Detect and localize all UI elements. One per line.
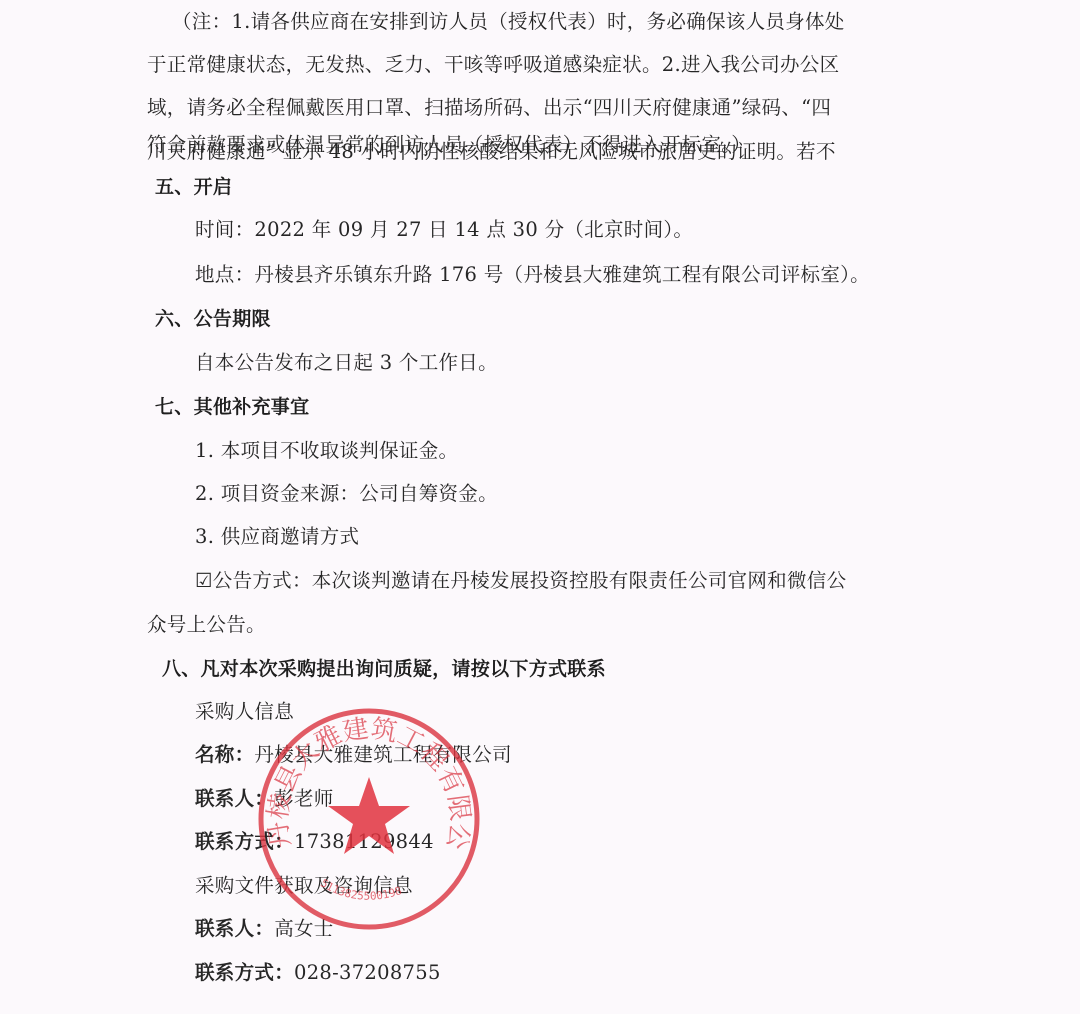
- purchaser-info-title: 采购人信息: [195, 699, 294, 725]
- note-line-1: （注：1.请各供应商在安排到访人员（授权代表）时，务必确保该人员身体处: [172, 9, 845, 35]
- purchaser-phone-row: 联系方式：17381129844: [195, 829, 434, 855]
- purchaser-contact-row: 联系人：彭老师: [195, 786, 334, 812]
- purchaser-contact-value: 彭老师: [274, 787, 333, 810]
- doc-phone-label: 联系方式：: [195, 961, 294, 984]
- purchaser-phone-label: 联系方式：: [195, 830, 294, 853]
- supplement-item-1: 1. 本项目不收取谈判保证金。: [195, 438, 458, 464]
- note-line-5: 符合前款要求或体温异常的到访人员（授权代表）不得进入开标室。）: [147, 132, 751, 158]
- note-line-3: 域，请务必全程佩戴医用口罩、扫描场所码、出示“四川天府健康通”绿码、“四: [147, 95, 831, 121]
- doc-contact-label: 联系人：: [195, 917, 274, 940]
- purchaser-name-value: 丹棱县大雅建筑工程有限公司: [254, 743, 511, 766]
- purchaser-contact-label: 联系人：: [195, 787, 274, 810]
- document-page: （注：1.请各供应商在安排到访人员（授权代表）时，务必确保该人员身体处 于正常健…: [0, 0, 1080, 1014]
- section-5-heading: 五、开启: [155, 174, 232, 200]
- supplement-item-3: 3. 供应商邀请方式: [195, 524, 359, 550]
- doc-info-title: 采购文件获取及咨询信息: [195, 873, 413, 899]
- doc-phone-value: 028-37208755: [294, 961, 441, 984]
- doc-contact-row: 联系人：高女士: [195, 916, 334, 942]
- supplement-item-2: 2. 项目资金来源：公司自筹资金。: [195, 481, 498, 507]
- purchaser-name-row: 名称：丹棱县大雅建筑工程有限公司: [195, 742, 512, 768]
- opening-location: 地点：丹棱县齐乐镇东升路 176 号（丹棱县大雅建筑工程有限公司评标室）。: [195, 262, 870, 288]
- doc-contact-value: 高女士: [274, 917, 333, 940]
- purchaser-name-label: 名称：: [195, 743, 254, 766]
- section-8-heading: 八、凡对本次采购提出询问质疑，请按以下方式联系: [162, 656, 606, 682]
- announcement-period: 自本公告发布之日起 3 个工作日。: [195, 350, 498, 376]
- opening-time: 时间：2022 年 09 月 27 日 14 点 30 分（北京时间）。: [195, 217, 693, 243]
- note-line-2: 于正常健康状态，无发热、乏力、干咳等呼吸道感染症状。2.进入我公司办公区: [147, 52, 839, 78]
- section-6-heading: 六、公告期限: [155, 306, 271, 332]
- purchaser-phone-value: 17381129844: [294, 830, 434, 853]
- section-7-heading: 七、其他补充事宜: [155, 394, 309, 420]
- announcement-method-line-2: 众号上公告。: [147, 612, 266, 638]
- doc-phone-row: 联系方式：028-37208755: [195, 960, 441, 986]
- announcement-method-line-1: ☑公告方式：本次谈判邀请在丹棱发展投资控股有限责任公司官网和微信公: [195, 568, 846, 594]
